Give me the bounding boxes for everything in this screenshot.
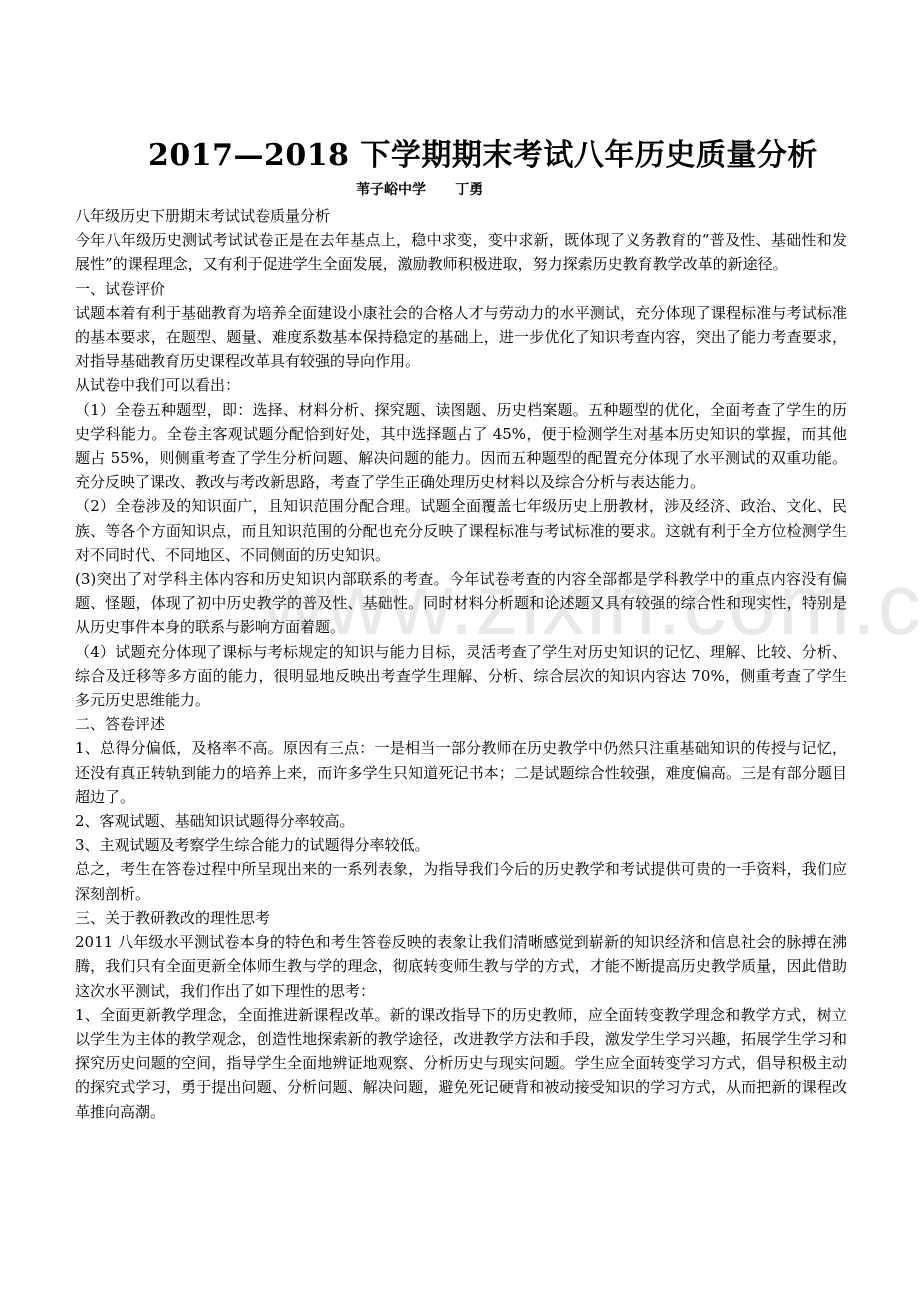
paragraph-intro: 今年八年级历史测试考试试卷正是在去年基点上，稳中求变，变中求新，既体现了义务教育… [75,228,847,276]
document-author-line: 苇子峪中学 丁勇 [356,180,483,200]
paragraph-point-4: （4）试题充分体现了课标与考标规定的知识与能力目标，灵活考查了学生对历史知识的记… [75,640,847,713]
paragraph-point-1: （1）全卷五种题型，即：选择、材料分析、探究题、读图题、历史档案题。五种题型的优… [75,398,847,495]
section-heading-3: 三、关于教研教改的理性思考 [75,906,847,930]
paragraph-point-2: （2）全卷涉及的知识面广，且知识范围分配合理。试题全面覆盖七年级历史上册教材，涉… [75,494,847,567]
document-page: www.zixin.com.cn 2017—2018 下学期期末考试八年历史质量… [0,0,920,1302]
paragraph-review-2: 2、客观试题、基础知识试题得分率较高。 [75,809,847,833]
section-heading-2: 二、答卷评述 [75,712,847,736]
paragraph-summary: 总之，考生在答卷过程中所呈现出来的一系列表象，为指导我们今后的历史教学和考试提供… [75,857,847,905]
paragraph-review-3: 3、主观试题及考察学生综合能力的试题得分率较低。 [75,833,847,857]
paragraph-point-3: (3)突出了对学科主体内容和历史知识内部联系的考查。今年试卷考查的内容全部都是学… [75,567,847,640]
paragraph-reflection-intro: 2011 八年级水平测试卷本身的特色和考生答卷反映的表象让我们清晰感觉到崭新的知… [75,930,847,1003]
paragraph-reflection-1: 1、全面更新教学理念，全面推进新课程改革。新的课改指导下的历史教师，应全面转变教… [75,1003,847,1124]
section-heading-intro: 八年级历史下册期末考试试卷质量分析 [75,204,847,228]
paragraph-review-1: 1、总得分偏低，及格率不高。原因有三点：一是相当一部分教师在历史教学中仍然只注重… [75,736,847,809]
paragraph-evaluation: 试题本着有利于基础教育为培养全面建设小康社会的合格人才与劳动力的水平测试，充分体… [75,301,847,374]
paragraph-lead-in: 从试卷中我们可以看出： [75,373,847,397]
document-body: 八年级历史下册期末考试试卷质量分析 今年八年级历史测试考试试卷正是在去年基点上，… [75,204,847,1124]
document-title: 2017—2018 下学期期末考试八年历史质量分析 [148,136,848,176]
section-heading-1: 一、试卷评价 [75,277,847,301]
